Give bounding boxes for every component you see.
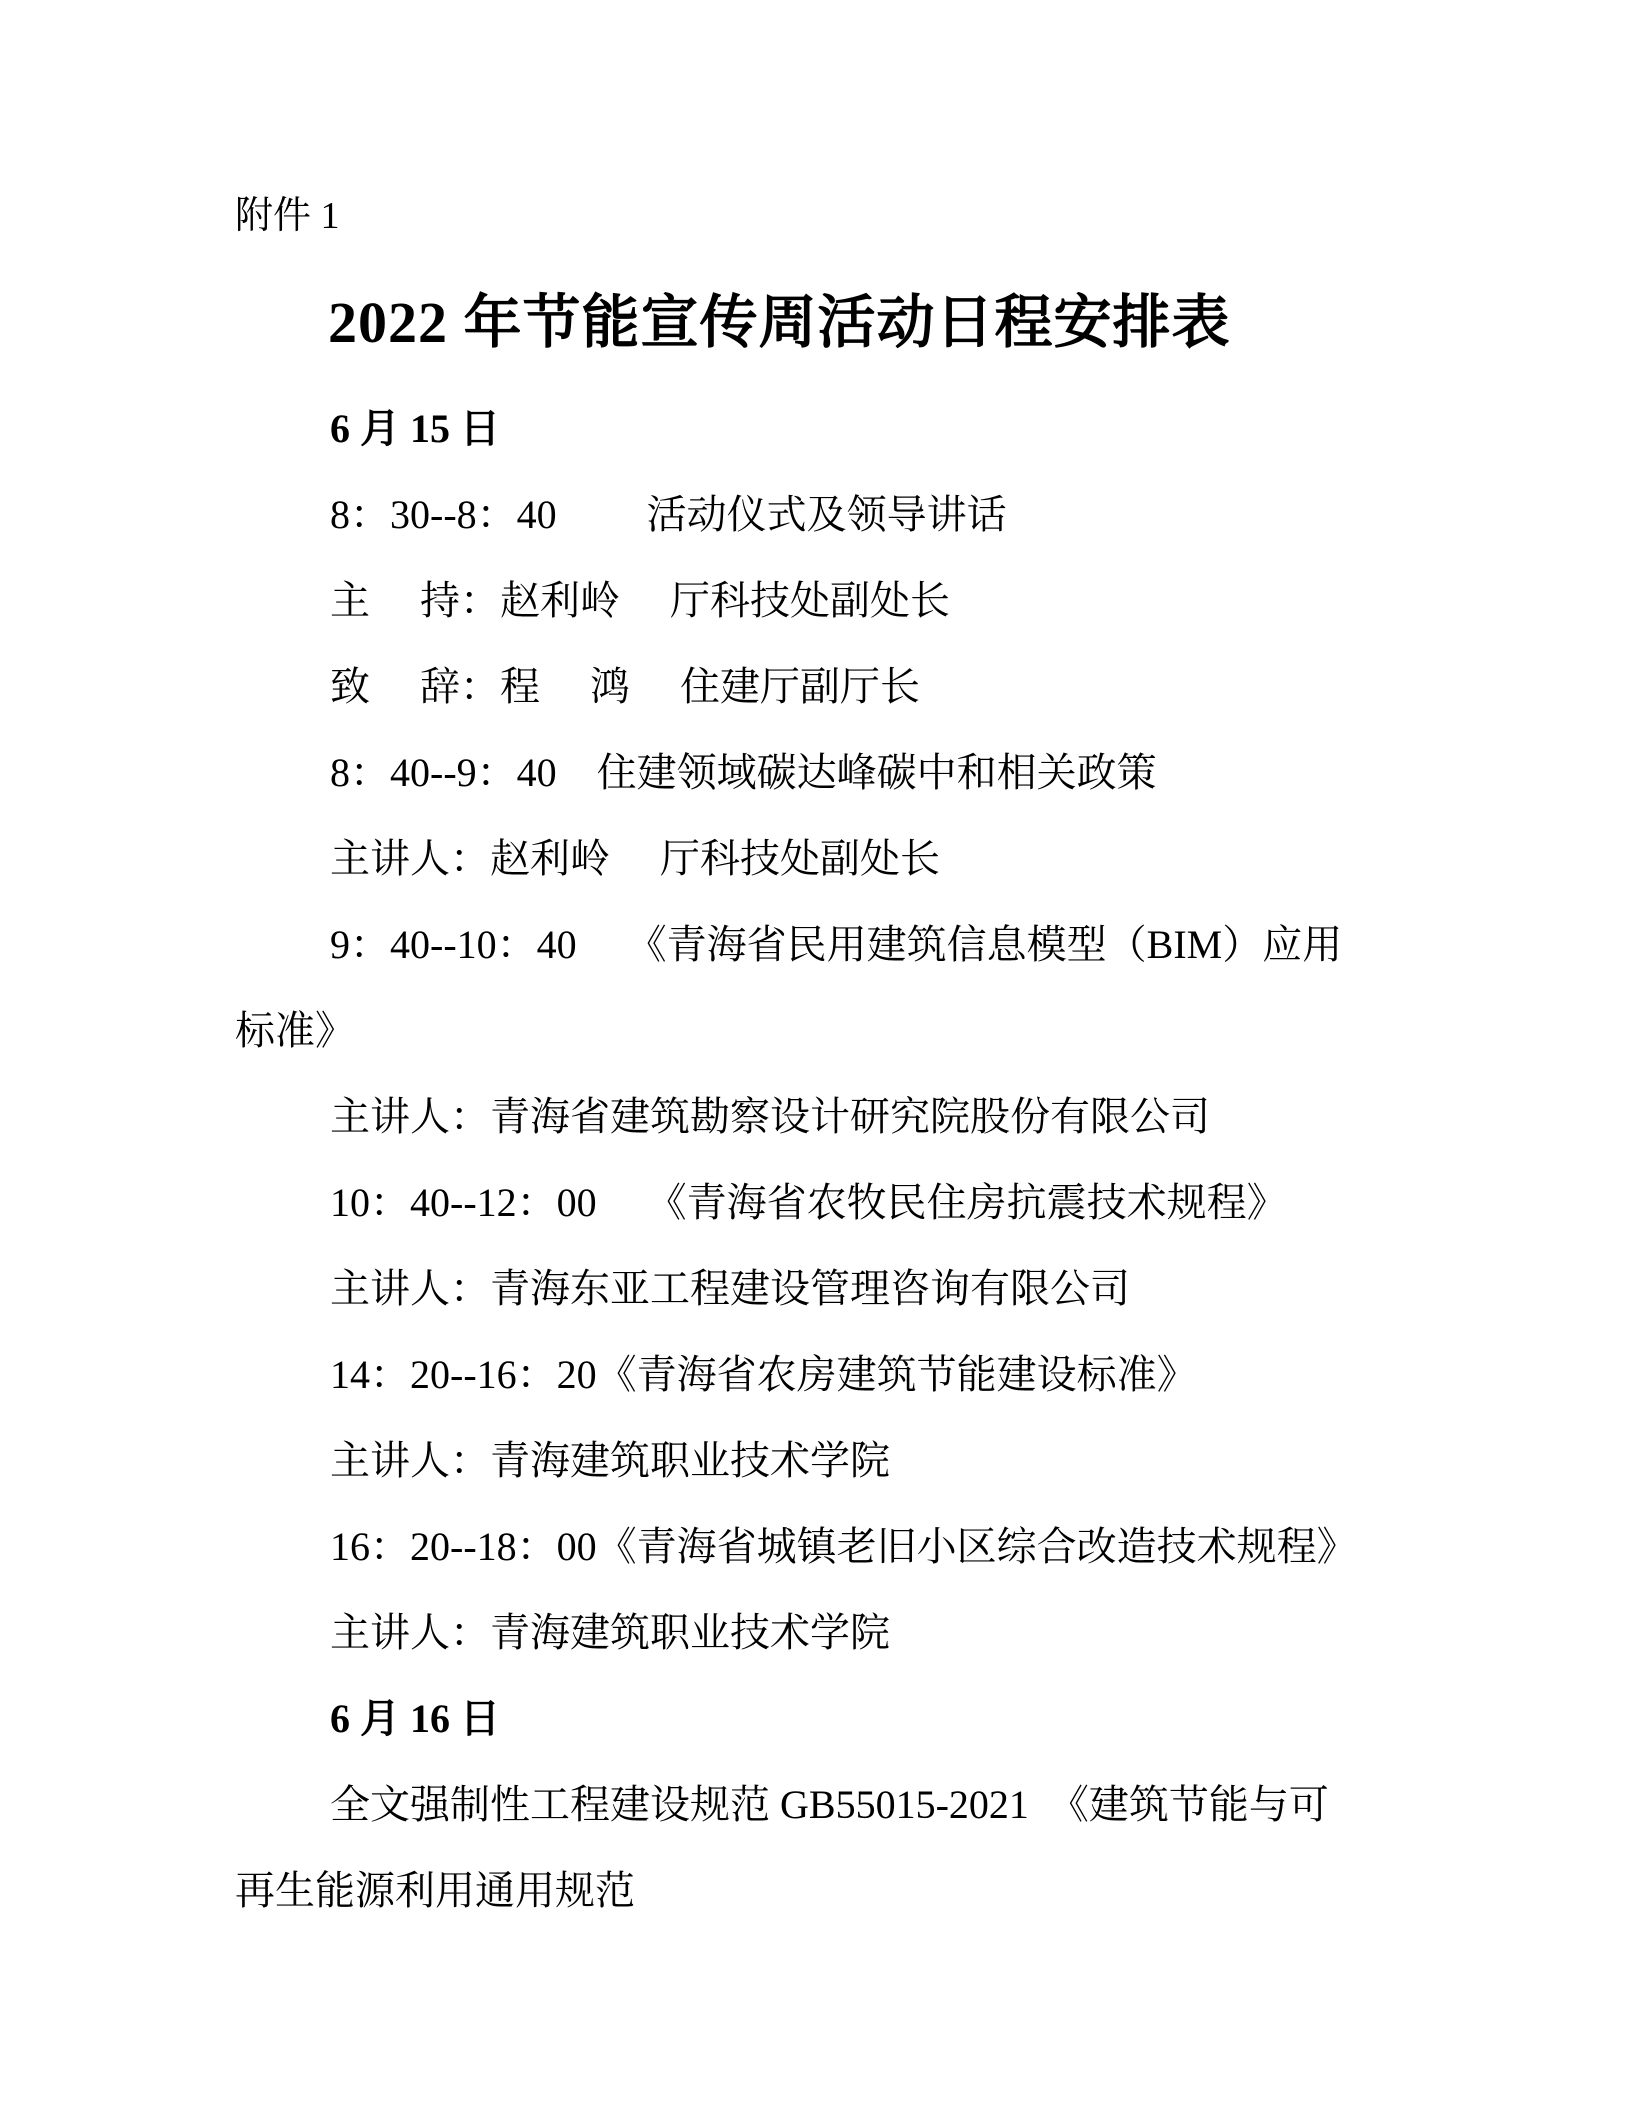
document-line: 10：40--12：00 《青海省农牧民住房抗震技术规程》	[235, 1160, 1472, 1246]
document-line: 主讲人：青海东亚工程建设管理咨询有限公司	[235, 1246, 1472, 1332]
document-line: 14：20--16：20《青海省农房建筑节能建设标准》	[235, 1332, 1472, 1418]
document-line: 主讲人：青海建筑职业技术学院	[235, 1590, 1472, 1676]
attachment-label: 附件 1	[235, 190, 1472, 242]
document-line: 9：40--10：40 《青海省民用建筑信息模型（BIM）应用	[235, 902, 1472, 988]
document-line: 主讲人：青海建筑职业技术学院	[235, 1418, 1472, 1504]
document-line: 16：20--18：00《青海省城镇老旧小区综合改造技术规程》	[235, 1504, 1472, 1590]
document-line: 再生能源利用通用规范	[235, 1848, 1472, 1934]
document-line: 标准》	[235, 988, 1472, 1074]
document-title: 2022 年节能宣传周活动日程安排表	[328, 282, 1472, 364]
document-line: 主 持：赵利岭 厅科技处副处长	[235, 558, 1472, 644]
document-page: 附件 1 2022 年节能宣传周活动日程安排表 6 月 15 日8：30--8：…	[0, 0, 1632, 2112]
document-line: 主讲人：赵利岭 厅科技处副处长	[235, 816, 1472, 902]
document-line: 8：40--9：40 住建领域碳达峰碳中和相关政策	[235, 730, 1472, 816]
document-line: 致 辞：程 鸿 住建厅副厅长	[235, 644, 1472, 730]
document-body: 6 月 15 日8：30--8：40 活动仪式及领导讲话主 持：赵利岭 厅科技处…	[235, 386, 1472, 1934]
document-line: 全文强制性工程建设规范 GB55015-2021 《建筑节能与可	[235, 1762, 1472, 1848]
document-line: 6 月 16 日	[235, 1676, 1472, 1762]
document-line: 主讲人：青海省建筑勘察设计研究院股份有限公司	[235, 1074, 1472, 1160]
document-line: 8：30--8：40 活动仪式及领导讲话	[235, 472, 1472, 558]
document-line: 6 月 15 日	[235, 386, 1472, 472]
